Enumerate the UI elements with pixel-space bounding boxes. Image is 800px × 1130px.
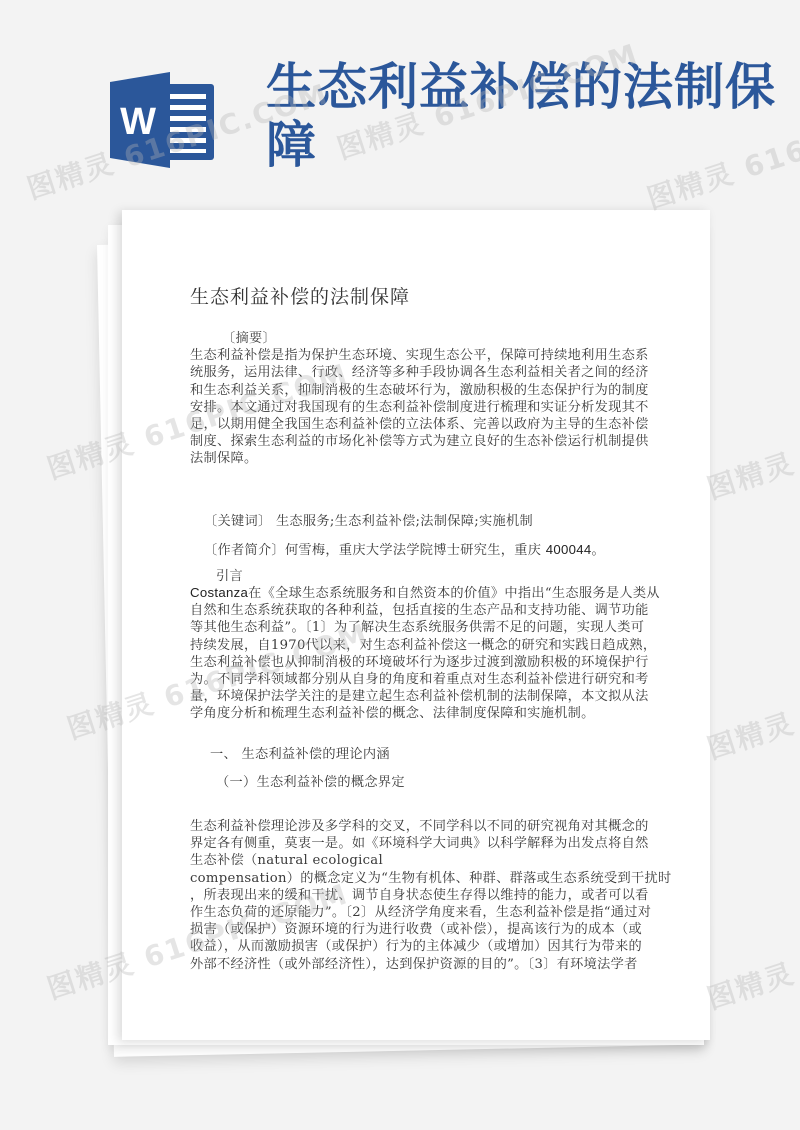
body-line: 作生态负荷的还原能力”。〔2〕从经济学角度来看，生态利益补偿是指“通过对	[190, 904, 638, 921]
body-line: 损害（或保护）资源环境的行为进行收费（或补偿），提高该行为的成本（或	[190, 921, 638, 938]
intro-line: 为。不同学科领域都分别从自身的角度和着重点对生态利益补偿进行研究和考	[190, 671, 638, 688]
section-heading-1: 一、 生态利益补偿的理论内涵	[190, 746, 638, 763]
word-document-icon: W	[108, 72, 218, 168]
intro-line: 等其他生态利益”。〔1〕为了解决生态系统服务供需不足的问题，实现人类可	[190, 619, 638, 636]
intro-line: 在《全球生态系统服务和自然资本的价值》中指出“生态服务是人类从	[248, 586, 660, 601]
intro-heading: 引言	[190, 568, 638, 585]
intro-line: 自然和生态系统获取的各种利益，包括直接的生态产品和支持功能、调节功能	[190, 602, 638, 619]
abstract-section: 〔摘要〕 生态利益补偿是指为保护生态环境、实现生态公平，保障可持续地利用生态系 …	[190, 330, 638, 468]
author-description: 何雪梅，重庆大学法学院博士研究生，重庆	[285, 543, 541, 558]
banner: W 生态利益补偿的法制保 障	[0, 0, 800, 200]
abstract-line: 和生态利益关系，抑制消极的生态破坏行为，激励积极的生态保护行为的制度	[190, 382, 638, 399]
author-info: 〔作者简介〕何雪梅，重庆大学法学院博士研究生，重庆 400044。	[190, 541, 638, 559]
document-title: 生态利益补偿的法制保障	[190, 282, 410, 309]
abstract-line: 生态利益补偿是指为保护生态环境、实现生态公平，保障可持续地利用生态系	[190, 347, 638, 364]
intro-line: 学角度分析和梳理生态利益补偿的概念、法律制度保障和实施机制。	[190, 705, 638, 722]
abstract-line: 足，以期用健全我国生态利益补偿的立法体系、完善以政府为主导的生态补偿	[190, 416, 638, 433]
intro-line: 量，环境保护法学关注的是建立起生态利益补偿机制的法制保障，本文拟从法	[190, 688, 638, 705]
banner-title-line-2: 障	[266, 116, 736, 174]
keywords: 〔关键词〕 生态服务;生态利益补偿;法制保障;实施机制	[190, 513, 638, 530]
body-line: compensation）的概念定义为“生物有机体、种群、群落或生态系统受到干扰…	[190, 870, 638, 887]
body-line: 收益），从而激励损害（或保护）行为的主体减少（或增加）因其行为带来的	[190, 938, 638, 955]
abstract-line: 安排。本文通过对我国现有的生态利益补偿制度进行梳理和实证分析发现其不	[190, 399, 638, 416]
banner-title-line-1: 生态利益补偿的法制保	[266, 58, 736, 116]
document-page: 生态利益补偿的法制保障 〔摘要〕 生态利益补偿是指为保护生态环境、实现生态公平，…	[122, 210, 710, 1040]
watermark: 图精灵 616PIC.COM	[702, 372, 800, 507]
author-label: 〔作者简介〕	[204, 543, 285, 558]
intro-heading-text: 引言	[190, 568, 638, 585]
body-line: 生态利益补偿理论涉及多学科的交叉，不同学科以不同的研究视角对其概念的	[190, 818, 638, 835]
keywords-label: 〔关键词〕	[204, 514, 271, 529]
section-heading-text: 一、 生态利益补偿的理论内涵	[190, 746, 638, 763]
subsection-heading-text: （一）生态利益补偿的概念界定	[190, 774, 638, 791]
intro-paragraph: Costanza在《全球生态系统服务和自然资本的价值》中指出“生态服务是人类从 …	[190, 584, 638, 723]
abstract-line: 制度、探索生态利益的市场化补偿等方式为建立良好的生态补偿运行机制提供	[190, 433, 638, 450]
intro-line: 持续发展，自1970代以来，对生态利益补偿这一概念的研究和实践日趋成熟，	[190, 637, 638, 654]
banner-title: 生态利益补偿的法制保 障	[266, 58, 736, 174]
watermark: 图精灵 616PIC.COM	[702, 882, 800, 1017]
abstract-line: 统服务，运用法律、行政、经济等多种手段协调各生态利益相关者之间的经济	[190, 364, 638, 381]
body-paragraph: 生态利益补偿理论涉及多学科的交叉，不同学科以不同的研究视角对其概念的 界定各有侧…	[190, 818, 638, 973]
abstract-line: 法制保障。	[190, 450, 638, 467]
author-citation: Costanza	[190, 585, 248, 600]
body-line: 生态补偿（natural ecological	[190, 852, 638, 869]
body-line: 界定各有侧重，莫衷一是。如《环境科学大词典》以科学解释为出发点将自然	[190, 835, 638, 852]
author-postcode: 400044	[546, 542, 592, 557]
intro-line: 生态利益补偿也从抑制消极的环境破坏行为逐步过渡到激励积极的环境保护行	[190, 654, 638, 671]
abstract-label: 〔摘要〕	[190, 330, 638, 347]
body-line: ，所表现出来的缓和干扰、调节自身状态使生存得以维持的能力，或者可以看	[190, 887, 638, 904]
svg-text:W: W	[120, 101, 156, 143]
watermark: 图精灵 616PIC.COM	[702, 632, 800, 767]
subsection-heading-1: （一）生态利益补偿的概念界定	[190, 774, 638, 791]
keywords-value: 生态服务;生态利益补偿;法制保障;实施机制	[276, 514, 533, 529]
body-line: 外部不经济性（或外部经济性），达到保护资源的目的”。〔3〕有环境法学者	[190, 956, 638, 973]
author-end: 。	[592, 543, 606, 558]
